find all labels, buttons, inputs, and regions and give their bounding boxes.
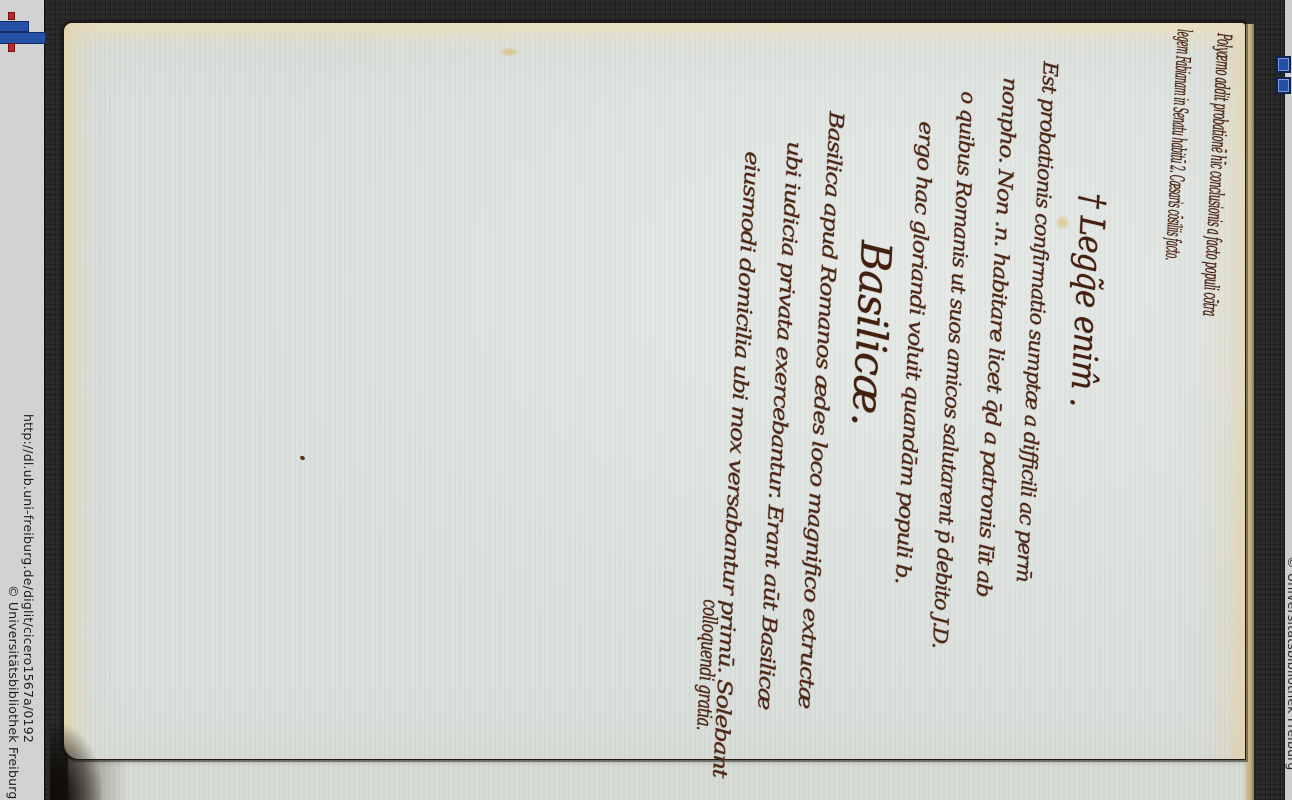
scan-viewer: Polyæmo addit probationē hīc conclusioni… <box>0 0 1292 800</box>
copyright-label: © Universitätsbibliothek Freiburg <box>6 585 21 800</box>
manuscript-line: Basilicæ. <box>842 239 901 426</box>
left-source-strip: http://dl.ub.uni-freiburg.de/diglit/cice… <box>0 0 44 800</box>
paper-stain <box>501 48 518 56</box>
ub-logo-red-icon <box>8 12 15 20</box>
ink-speck <box>299 455 305 461</box>
next-page-edge <box>68 758 1246 800</box>
ub-logo-fragment-icon <box>1276 56 1291 73</box>
paper-stain <box>1056 216 1069 229</box>
copyright-label-right: © Universitätsbibliothek Freiburg <box>1285 556 1292 771</box>
ub-logo-blue-icon <box>0 21 29 32</box>
gutter-shadow <box>50 724 102 800</box>
ub-logo-fragment-icon <box>1276 77 1291 94</box>
ub-logo-blue-icon <box>0 32 46 44</box>
ub-logo-red-icon <box>8 43 15 52</box>
source-url-label: http://dl.ub.uni-freiburg.de/diglit/cice… <box>21 414 36 743</box>
